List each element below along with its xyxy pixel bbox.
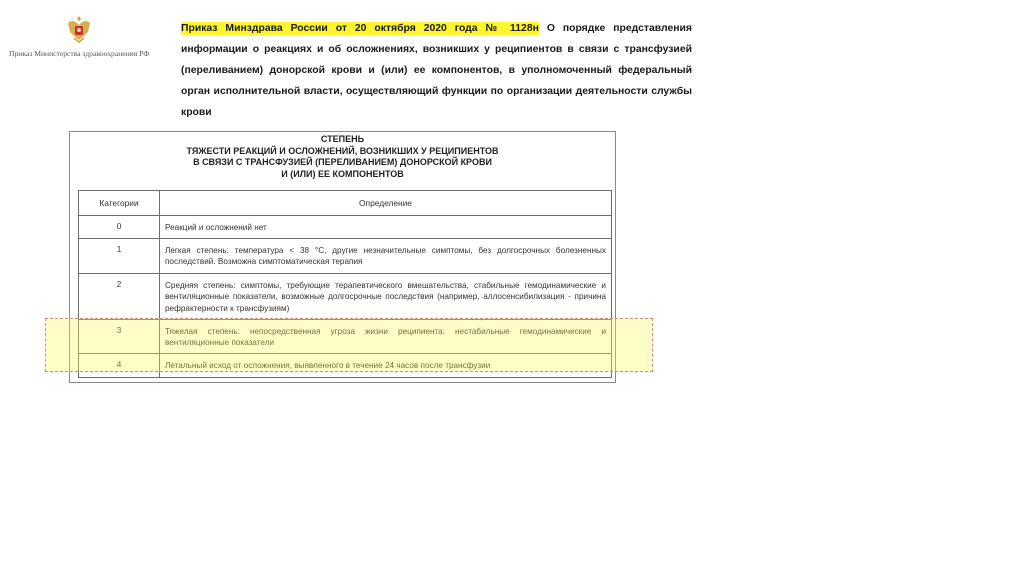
category-cell: 3 [79,320,160,354]
category-cell: 0 [79,216,160,239]
definition-cell: Легкая степень: температура < 38 °C, дру… [160,239,612,274]
coat-of-arms-icon [66,14,92,44]
severity-table: Категории Определение 0 Реакций и осложн… [78,190,612,378]
title-line: В СВЯЗИ С ТРАНСФУЗИЕЙ (ПЕРЕЛИВАНИЕМ) ДОН… [69,157,616,169]
table-title: СТЕПЕНЬ ТЯЖЕСТИ РЕАКЦИЙ И ОСЛОЖНЕНИЙ, ВО… [69,134,616,180]
category-cell: 4 [79,353,160,377]
column-header-definition: Определение [160,191,612,216]
order-description: О порядке представления информации о реа… [181,23,692,118]
table-row: 3 Тяжелая степень: непосредственная угро… [79,320,612,354]
table-row: 4 Летальный исход от осложнения, выявлен… [79,353,612,377]
definition-cell: Летальный исход от осложнения, выявленно… [160,353,612,377]
title-line: И (ИЛИ) ЕЕ КОМПОНЕНТОВ [69,169,616,181]
table-row: 0 Реакций и осложнений нет [79,216,612,239]
table-row: 2 Средняя степень: симптомы, требующие т… [79,274,612,320]
table-header-row: Категории Определение [79,191,612,216]
category-cell: 2 [79,274,160,320]
table-row: 1 Легкая степень: температура < 38 °C, д… [79,239,612,274]
order-reference-highlight: Приказ Минздрава России от 20 октября 20… [181,22,539,35]
category-cell: 1 [79,239,160,274]
definition-cell: Тяжелая степень: непосредственная угроза… [160,320,612,354]
order-heading: Приказ Минздрава России от 20 октября 20… [181,18,692,123]
ministry-caption: Приказ Министерства здравоохранения РФ [9,49,149,58]
definition-cell: Средняя степень: симптомы, требующие тер… [160,274,612,320]
definition-cell: Реакций и осложнений нет [160,216,612,239]
title-line: СТЕПЕНЬ [69,134,616,146]
title-line: ТЯЖЕСТИ РЕАКЦИЙ И ОСЛОЖНЕНИЙ, ВОЗНИКШИХ … [69,146,616,158]
column-header-category: Категории [79,191,160,216]
